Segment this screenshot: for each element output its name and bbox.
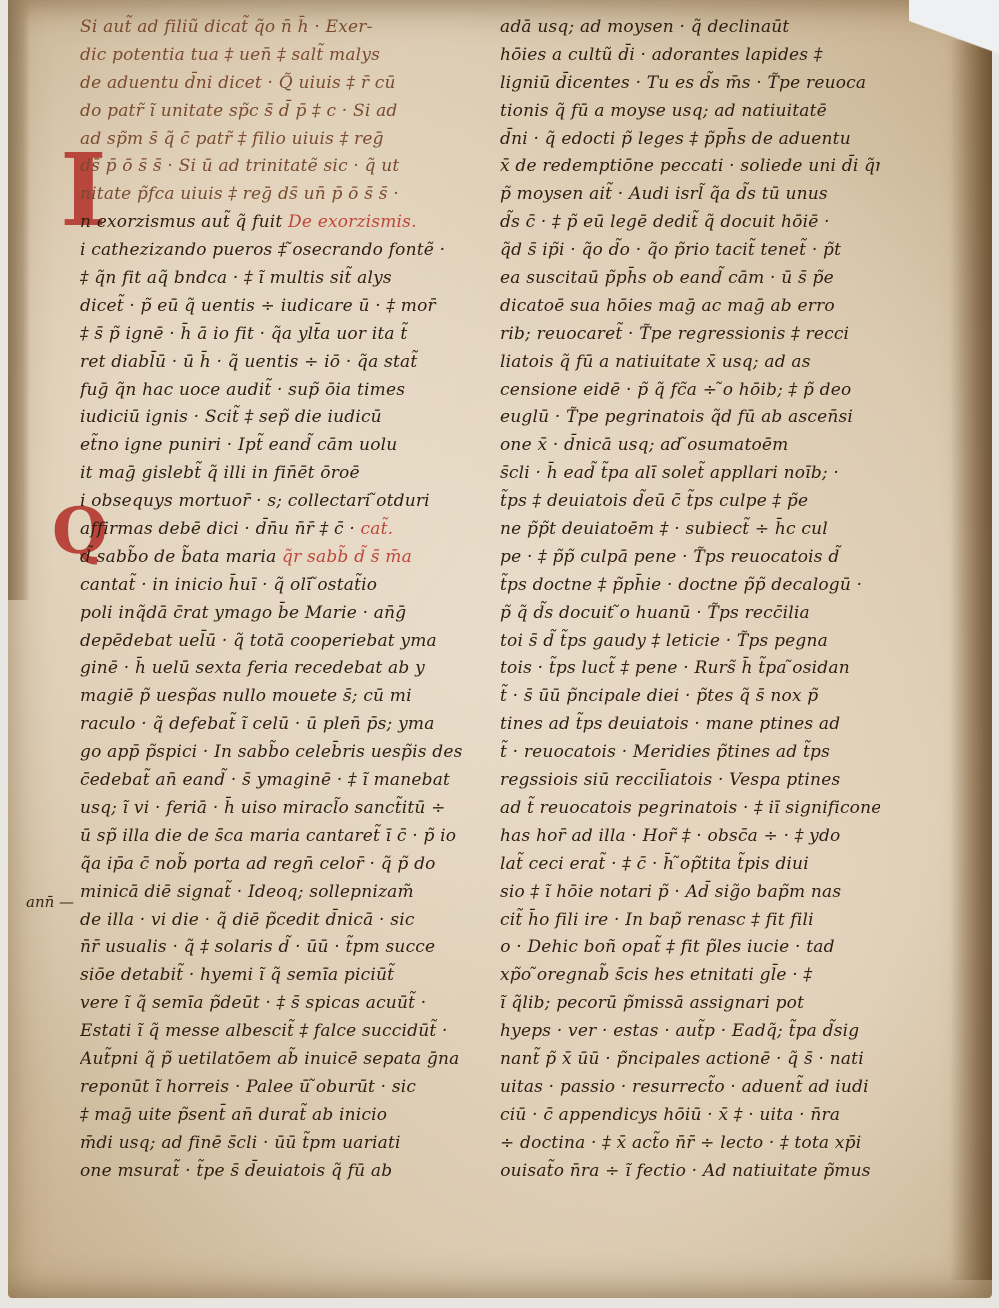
text-line: liatois q̃ fū a natiuitate x̄ usq; ad a… xyxy=(500,349,880,377)
text-line: t̃ · reuocatois · Meridies p̃tines ad t̃… xyxy=(500,739,880,767)
text-line: ‡ q̃n fit aq̃ bndca · ‡ ĩ multis sit̃ a… xyxy=(80,265,465,293)
text-line: one msurat̃ · t̃pe s̄ d̄euiatois q̃ fū … xyxy=(80,1158,465,1186)
text-line: go app̄ p̃spici · In sabb̃o celeb̄ris ue… xyxy=(80,739,465,767)
text-line: p̃ q̃ d̃s docuit ̃o huanū · T̃ps recc̄i… xyxy=(500,600,880,628)
text-line: vere ĩ q̃ semīa p̃deūt · ‡ s̄ spicas … xyxy=(80,990,465,1018)
text-line: siōe detabit̃ · hyemi ĩ q̃ semīa pici… xyxy=(80,962,465,990)
text-line: ginē · h̄ uelū sexta feria recedebat a… xyxy=(80,655,465,683)
text-line: ‡ s̄ p̃ ignē · h̄ ā io fit · q̃a ylt̄a… xyxy=(80,321,465,349)
text-line: censione eidē · p̃ q̃ fc̃a ÷ ̃o hōib; … xyxy=(500,377,880,405)
text-line: raculo · q̃ defebat̃ ĩ celū · ū plen̄… xyxy=(80,711,465,739)
margin-note: ann̄ — xyxy=(26,893,74,911)
text-line: ĩ q̃lib; pecorū p̃missā assignari pot xyxy=(500,990,880,1018)
text-line: pe · ‡ p̃p̃ culpā pene · T̃ps reuocatoi… xyxy=(500,544,880,572)
text-line: p̃ moysen ait̃ · Audi isrl̃ q̃a d̃s tū … xyxy=(500,181,880,209)
text-line: n̄r̄ usualis · q̃ ‡ solaris d̃ · ūū · … xyxy=(80,934,465,962)
text-line: regssiois siū reccil̄iatois · Vespa pti… xyxy=(500,767,880,795)
text-line: nant̃ p̃ x̄ ūū · p̃ncipales actionē ·… xyxy=(500,1046,880,1074)
text-line: toi s̄ d̃ t̃ps gaudy ‡ leticie · T̃ps pe… xyxy=(500,628,880,656)
text-line: iudiciū ignis · Scit̃ ‡ sep̃ die iudicu… xyxy=(80,404,465,432)
text-line: depēdebat uel̄ū · q̃ totā cooperiebat… xyxy=(80,628,465,656)
text-line: tois · t̃ps luct̃ ‡ pene · Rurs̃ h̄ t̃pa… xyxy=(500,655,880,683)
text-line: cantat̃ · in inicio h̄uī · q̃ olī ̃ost… xyxy=(80,572,465,600)
text-line: it maḡ gislebt̃ q̃ illi in fin̄ēt ōro… xyxy=(80,460,465,488)
text-line: t̃ · s̄ ūū p̃ncipale diei · p̃tes q̃ s… xyxy=(500,683,880,711)
text-line: tionis q̃ fū a moyse usq; ad natiuitate… xyxy=(500,98,880,126)
text-line: tines ad t̃ps deuiatois · mane ptines ad xyxy=(500,711,880,739)
text-line: ad sp̃m s̄ q̃ c̄ patr̃ ‡ filio uiuis ‡ r… xyxy=(80,126,465,154)
text-line: m̄di usq; ad finē s̄cli · ūū t̃pm uar… xyxy=(80,1130,465,1158)
text-line: et̃no igne puniri · Ipt̃ eand̃ cām uolu xyxy=(80,432,465,460)
text-line: d̃s c̄ · ‡ p̃ eū legē dedit̃ q̃ docuit… xyxy=(500,209,880,237)
text-line: minicā diē signat̃ · Ideoq; sollepniza… xyxy=(80,879,465,907)
text-line: usq; ĩ vi · feriā · h̄ uiso miracl̃o s… xyxy=(80,795,465,823)
text-line: ne p̃p̃t deuiatoēm ‡ · subiect̃ ÷ h̄c c… xyxy=(500,516,880,544)
rubric-heading: cat̃. xyxy=(361,519,394,539)
text-line: rib; reuocaret̃ · T̃pe regressionis ‡ re… xyxy=(500,321,880,349)
text-line: i cathezizando pueros ‡ ̃osecrando fonte… xyxy=(80,237,465,265)
text-line: xp̃o ̃oregnab̃ s̄cis hes etnitati gl̄e ·… xyxy=(500,962,880,990)
text-line: do patr̃ ĩ unitate sp̃c s̄ d̄ p̄ ‡ c · … xyxy=(80,98,465,126)
rubric-heading: q̃r sabb̃ d̃ s̄ m̄a xyxy=(282,547,412,567)
text-line: has hor̄ ad illa · Hor̃ ‡ · obsc̄a ÷ · ‡… xyxy=(500,823,880,851)
text-line: c̄edebat̃ an̄ eand̃ · s̄ ymaginē · ‡ ĩ… xyxy=(80,767,465,795)
text-line: Si aut̃ ad filiũ dicat̃ q̃o n̄ h̄ · Exe… xyxy=(80,14,465,42)
torn-left-edge xyxy=(8,0,30,600)
text-line: hōies a cultũ d̄i · adorantes lapides … xyxy=(500,42,880,70)
text-line: uitas · passio · resurrect̃o · aduent̃ a… xyxy=(500,1074,880,1102)
damaged-right-edge xyxy=(950,40,992,1280)
text-line: poli inq̃dā c̄rat ymago b̄e Marie · an̄… xyxy=(80,600,465,628)
text-line: s̄cli · h̄ ead̃ t̃pa alī solet̃ appllar… xyxy=(500,460,880,488)
torn-corner xyxy=(909,0,999,100)
text-line: magiē p̃ uesp̃as nullo mouete s̄; cū m… xyxy=(80,683,465,711)
text-line: i obsequys mortuor̄ · s; collectari ̃otd… xyxy=(80,488,465,516)
text-line: t̃ps ‡ deuiatois d̃eū c̄ t̃ps culpe ‡ p… xyxy=(500,488,880,516)
text-line: Aut̃pni q̃ p̃ uetilatōem ab̃ inuicē se… xyxy=(80,1046,465,1074)
text-line: cit̃ h̄o fili ire · In bap̃ renasc ‡ fit… xyxy=(500,907,880,935)
text-line: t̃ps doctne ‡ p̃ph̄ie · doctne p̃p̃ deca… xyxy=(500,572,880,600)
text-line: n exorzismus aut̃ q̃ fuit De exorzismis. xyxy=(80,209,465,237)
text-line: dicatoē sua hōies maḡ ac maḡ ab erro xyxy=(500,293,880,321)
text-line: adā usq; ad moysen · q̃ declinaūt xyxy=(500,14,880,42)
text-line: de aduentu d̄ni dicet · Q̃ uiuis ‡ r̄ cu… xyxy=(80,70,465,98)
text-line: ciū · c̄ appendicys hōiū · x̄ ‡ · uit… xyxy=(500,1102,880,1130)
text-line: ligniū d̄icentes · Tu es d̃s m̄s · T̃pe… xyxy=(500,70,880,98)
text-line: euglū · T̃pe pegrinatois q̃d fū ab asc… xyxy=(500,404,880,432)
text-line: Estati ĩ q̃ messe albescit̃ ‡ falce suc… xyxy=(80,1018,465,1046)
text-line: one x̄ · d̄nicā usq; ad ̃osumatoēm xyxy=(500,432,880,460)
text-line: fuḡ q̃n hac uoce audit̃ · sup̃ ōia tim… xyxy=(80,377,465,405)
text-line: ad t̃ reuocatois pegrinatois · ‡ iī sig… xyxy=(500,795,880,823)
rubric-heading: De exorzismis. xyxy=(288,212,417,232)
text-line: ̃ouisat̃o n̄ra ÷ ĩ fectio · Ad natiuita… xyxy=(500,1158,880,1186)
text-line: ÷ doctina · ‡ x̄ act̃o n̄r̄ ÷ lecto · ‡ … xyxy=(500,1130,880,1158)
text-line: hyeps · ver · estas · aut̃p · Eadq̃; t̃p… xyxy=(500,1018,880,1046)
text-line: ̃o · Dehic boñ opat̃ ‡ fit p̃les iucie … xyxy=(500,934,880,962)
text-line: ret diabl̄ū · ū h̄ · q̃ uentis ÷ iō ·… xyxy=(80,349,465,377)
text-line: ds̄ p̄ ō s̄ s̄ · Si ū ad trinitatẽ si… xyxy=(80,153,465,181)
right-text-column: adā usq; ad moysen · q̃ declinaūthōie… xyxy=(500,14,880,1185)
text-line: dicet̃ · p̃ eū q̃ uentis ÷ iudicare ū … xyxy=(80,293,465,321)
text-line: q̃d s̄ ip̃i · q̃o d̃o · q̃o p̃rio tacit̃… xyxy=(500,237,880,265)
left-text-column: Si aut̃ ad filiũ dicat̃ q̃o n̄ h̄ · Exe… xyxy=(80,14,465,1185)
text-line: d̃ sabb̃o de b̃ata maria q̃r sabb̃ d̃ s̄… xyxy=(80,544,465,572)
text-line: reponūt ĩ horreis · Palee ū ̃oburūt … xyxy=(80,1074,465,1102)
text-line: de illa · vi die · q̃ diē p̃cedit d̄nic… xyxy=(80,907,465,935)
text-line: q̃a ip̄a c̄ nob̃ porta ad regn̄ celor̄ ·… xyxy=(80,851,465,879)
text-line: ea suscitaū p̃ph̄s ob eand̃ cām · ū s… xyxy=(500,265,880,293)
text-line: d̄ni · q̃ edocti p̃ leges ‡ p̃ph̄s de ad… xyxy=(500,126,880,154)
text-line: ‡ maḡ uite p̃sent̄ an̄ durat̃ ab inicio xyxy=(80,1102,465,1130)
text-line: nitate p̃fca uiuis ‡ reḡ ds̄ un̄ p̄ ō … xyxy=(80,181,465,209)
text-line: x̄ de redemptiōne peccati · soliede uni… xyxy=(500,153,880,181)
text-line: lat̃ ceci erat̃ · ‡ c̄ · h̄ ̃op̃tita t̃p… xyxy=(500,851,880,879)
text-line: ū sp̃ illa die de s̄ca maria cantaret̃ … xyxy=(80,823,465,851)
text-line: sio ‡ ĩ hōie notari p̃ · Ad̄ sig̃o bap… xyxy=(500,879,880,907)
text-line: affirmas debē dici · d̄n̄u n̄r̄ ‡ c̄ · … xyxy=(80,516,465,544)
text-line: dic potentia tua ‡ uen̄ ‡ salt̃ malys xyxy=(80,42,465,70)
